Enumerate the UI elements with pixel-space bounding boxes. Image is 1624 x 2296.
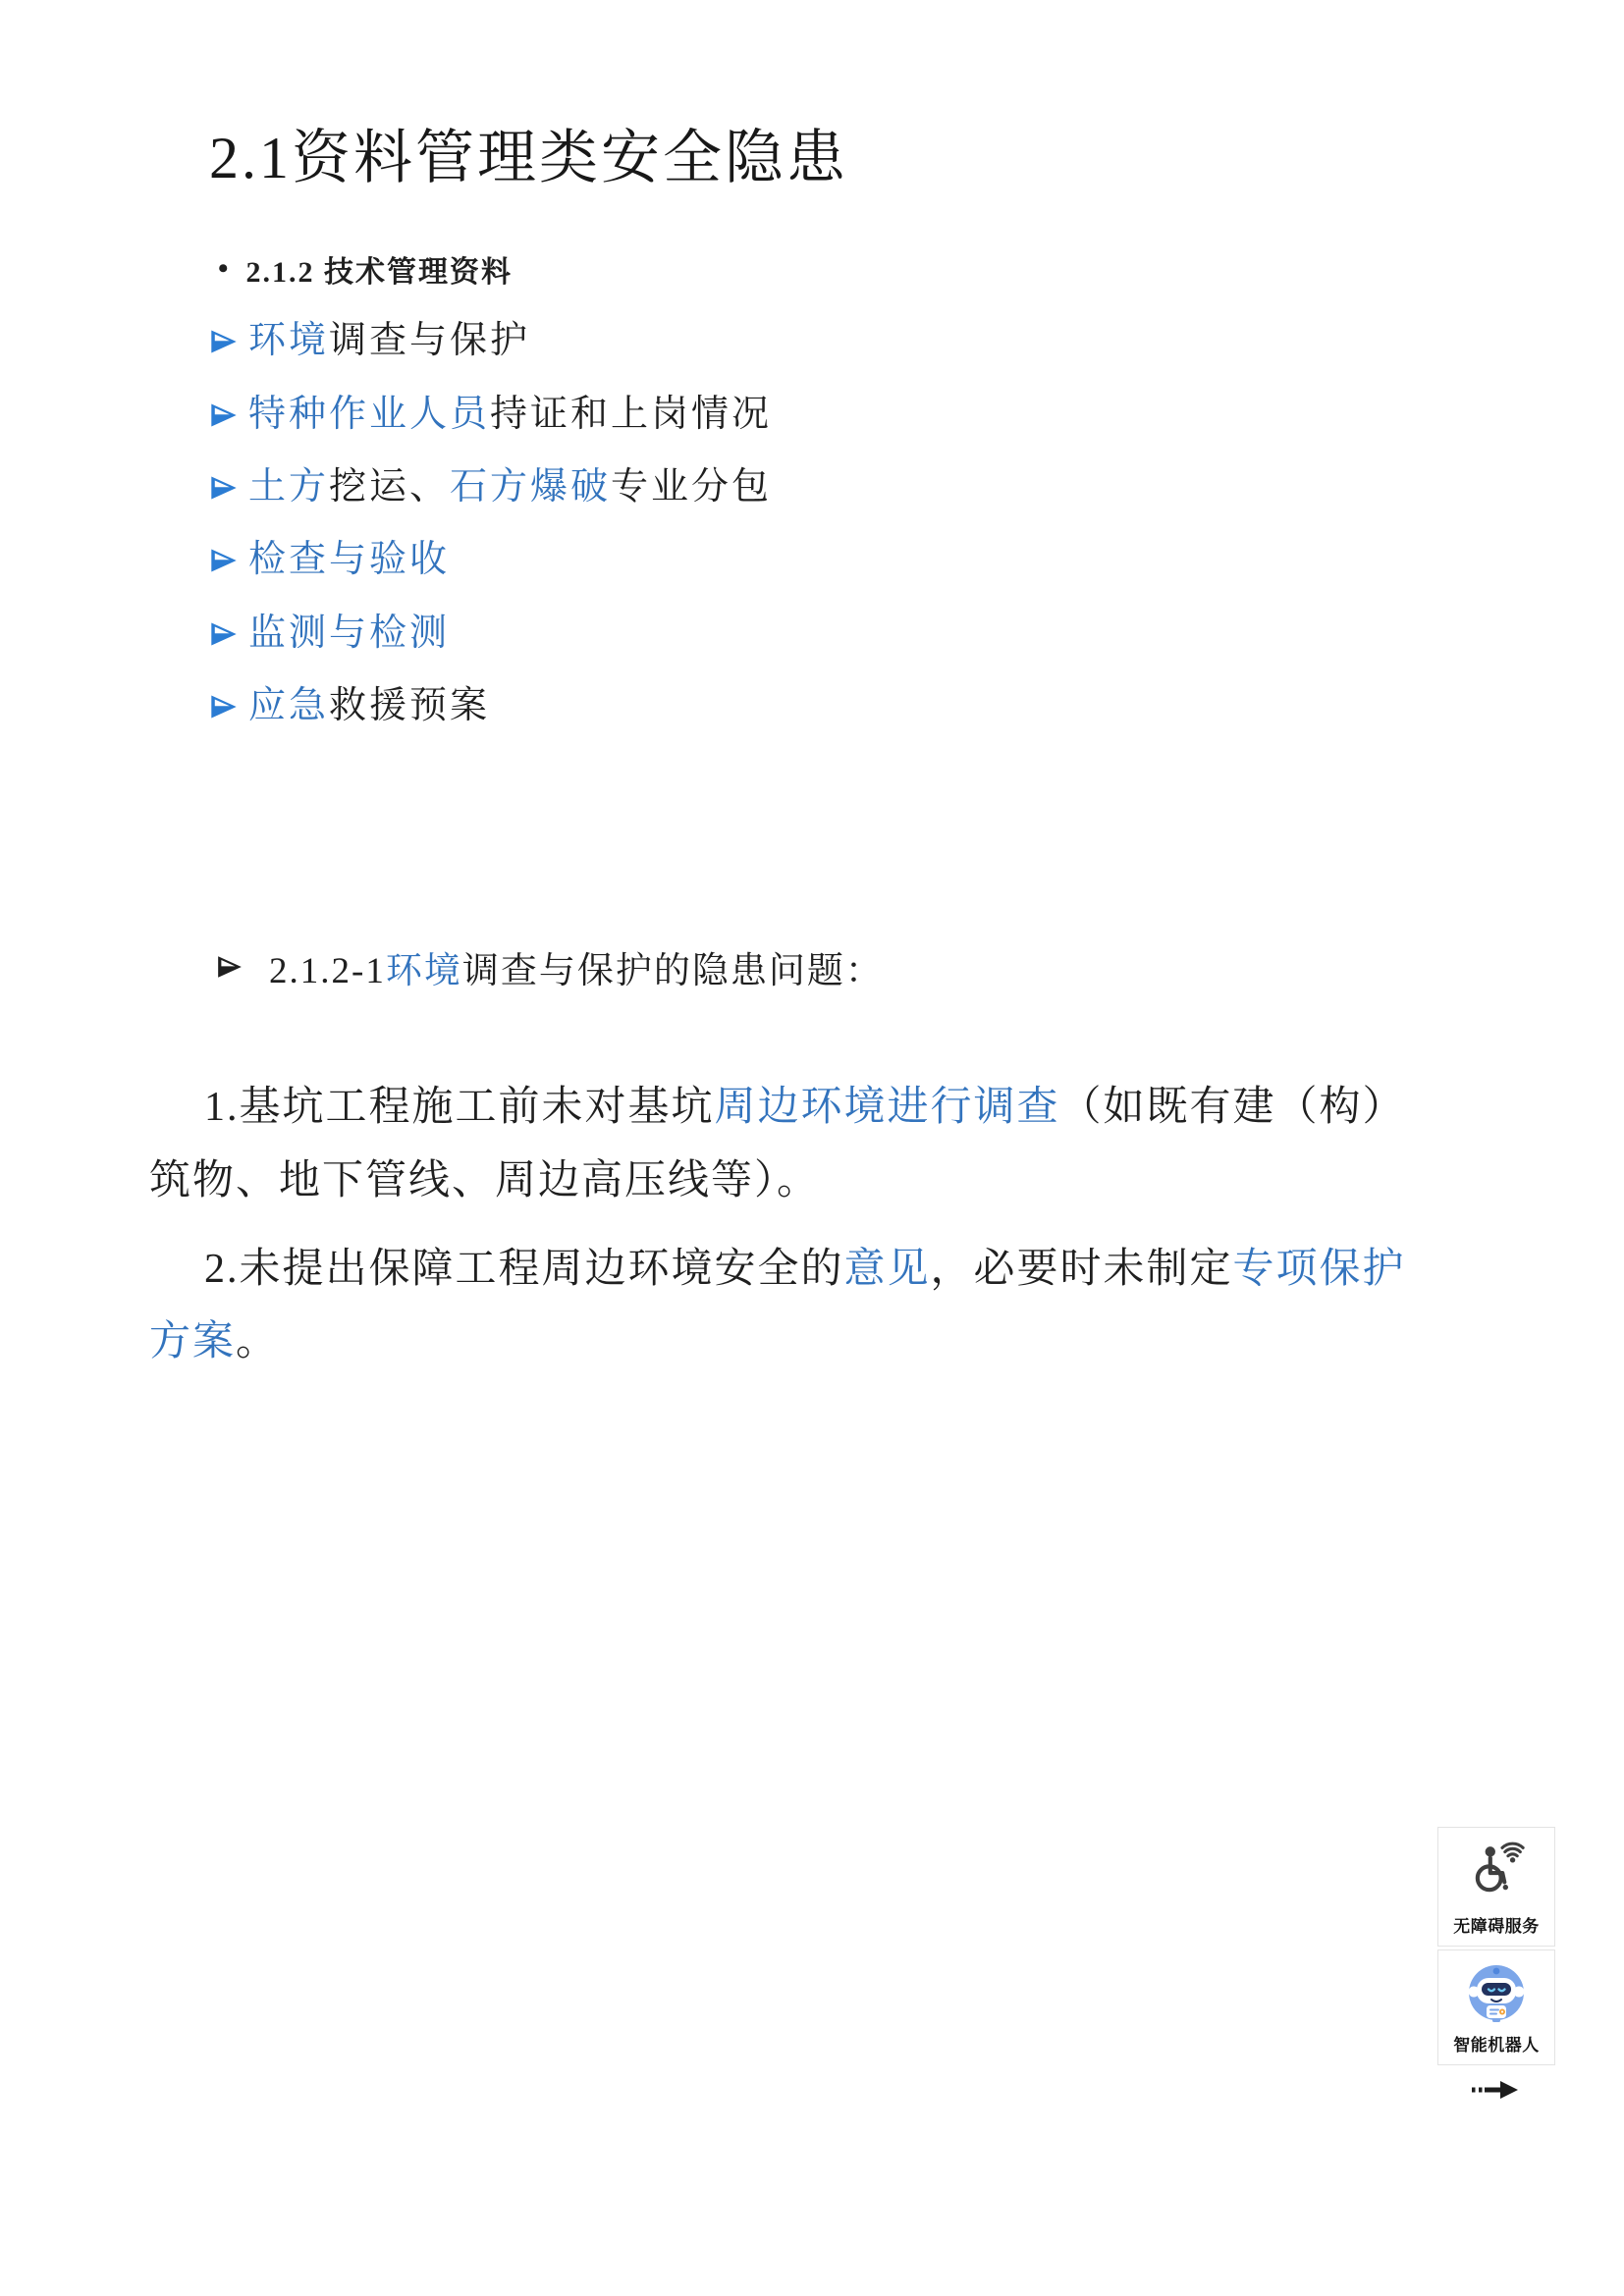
widget-label: 智能机器人	[1453, 2031, 1540, 2064]
list-item: 检查与验收	[209, 539, 450, 582]
paragraph-line: 筑物、地下管线、周边高压线等）。	[149, 1156, 820, 1205]
list-item: 环境调查与保护	[209, 320, 530, 363]
paragraph-line: 1.基坑工程施工前未对基坑周边环境进行调查（如既有建（构）	[149, 1083, 1406, 1132]
arrowhead-right-icon	[209, 619, 239, 649]
list-item: 监测与检测	[209, 613, 450, 656]
paragraph-line: 方案。	[149, 1317, 279, 1366]
document-page: 2.1资料管理类安全隐患 • 2.1.2 技术管理资料 环境调查与保护 特种作业…	[0, 0, 1624, 2296]
arrowhead-right-icon	[209, 692, 239, 721]
list-item-text: 监测与检测	[248, 613, 450, 656]
next-page-arrow-button[interactable]	[1470, 2079, 1521, 2106]
arrowhead-right-icon	[209, 546, 239, 575]
section-heading-text: 2.1.2-1环境调查与保护的隐患问题：	[269, 940, 884, 993]
arrowhead-right-icon	[209, 327, 239, 356]
subtitle-text: 2.1.2 技术管理资料	[246, 247, 514, 291]
dashed-right-arrow-icon	[1470, 2079, 1521, 2101]
list-item-text: 土方挖运、石方爆破专业分包	[248, 466, 772, 509]
arrowhead-right-icon	[209, 473, 239, 503]
list-item: 土方挖运、石方爆破专业分包	[209, 466, 772, 509]
smart-robot-button[interactable]: 智能机器人	[1437, 1949, 1555, 2065]
section-heading: 2.1.2-1环境调查与保护的隐患问题：	[216, 940, 884, 993]
wheelchair-wifi-icon	[1438, 1828, 1554, 1912]
arrowhead-right-icon	[209, 400, 239, 430]
paragraph-line: 2.未提出保障工程周边环境安全的意见，必要时未制定专项保护	[149, 1245, 1406, 1294]
list-item-text: 环境调查与保护	[248, 320, 530, 363]
subtitle-line: • 2.1.2 技术管理资料	[218, 247, 513, 291]
accessibility-service-button[interactable]: 无障碍服务	[1437, 1827, 1555, 1947]
list-item: 特种作业人员持证和上岗情况	[209, 394, 772, 437]
list-item-text: 特种作业人员持证和上岗情况	[248, 394, 772, 437]
bullet-dot: •	[218, 252, 231, 286]
robot-icon	[1438, 1950, 1554, 2031]
page-title: 2.1资料管理类安全隐患	[209, 126, 848, 190]
list-item-text: 应急救援预案	[248, 685, 490, 728]
list-item-text: 检查与验收	[248, 539, 450, 582]
arrowhead-right-icon	[216, 953, 244, 981]
widget-label: 无障碍服务	[1453, 1912, 1540, 1946]
list-item: 应急救援预案	[209, 685, 490, 728]
